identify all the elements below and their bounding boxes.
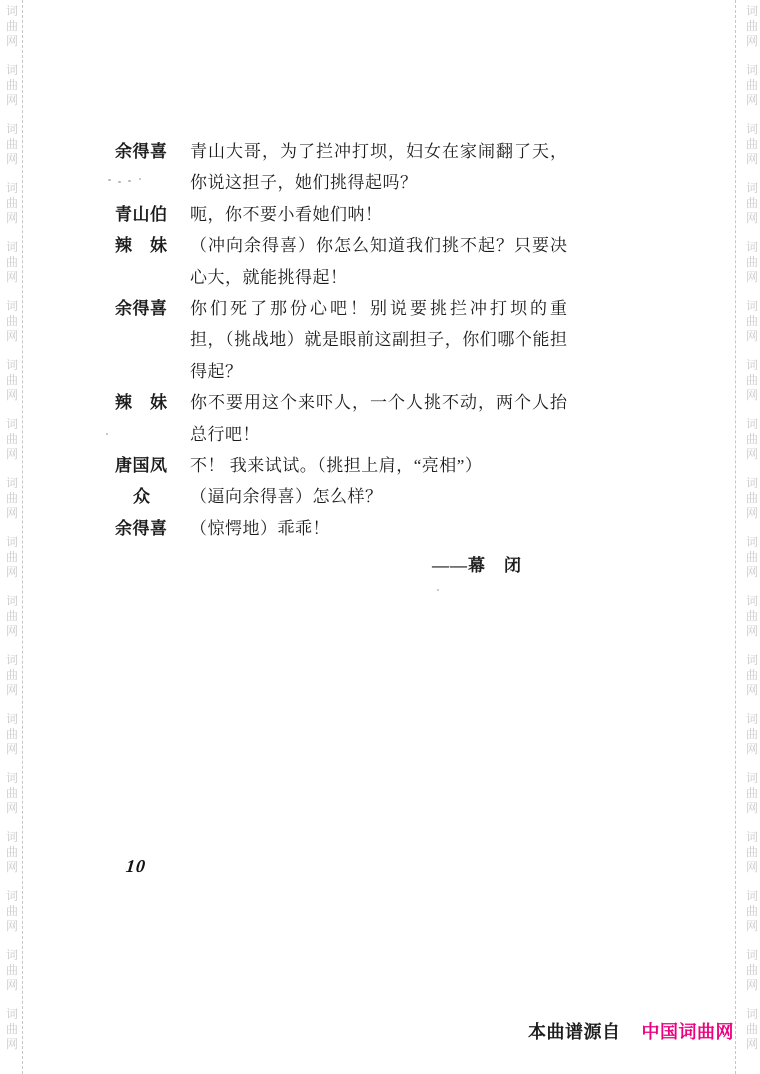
watermark-char: 词	[744, 299, 760, 314]
watermark-group: 词曲网	[4, 299, 20, 344]
watermark-char: 曲	[744, 609, 760, 624]
watermark-char: 词	[4, 417, 20, 432]
watermark-char: 词	[744, 4, 760, 19]
watermark-char: 网	[4, 447, 20, 462]
watermark-char: 网	[4, 1037, 20, 1052]
watermark-char: 网	[744, 1037, 760, 1052]
watermark-char: 曲	[4, 19, 20, 34]
watermark-char: 网	[744, 506, 760, 521]
watermark-group: 词曲网	[744, 122, 760, 167]
watermark-char: 网	[4, 683, 20, 698]
watermark-char: 词	[744, 948, 760, 963]
watermark-group: 词曲网	[744, 63, 760, 108]
footer-source: 本曲谱源自 中国词曲网	[528, 1019, 734, 1045]
dialogue-line: 不！ 我来试试。（挑担上肩，“亮相”）	[190, 450, 567, 481]
watermark-group: 词曲网	[744, 712, 760, 757]
watermark-char: 网	[744, 978, 760, 993]
watermark-char: 曲	[744, 1022, 760, 1037]
watermark-char: 曲	[4, 255, 20, 270]
watermark-group: 词曲网	[4, 122, 20, 167]
watermark-group: 词曲网	[4, 181, 20, 226]
watermark-char: 曲	[744, 196, 760, 211]
script-row: 辣 妹 （冲向余得喜）你怎么知道我们挑不起？只要决 心大，就能挑得起！	[115, 230, 567, 293]
watermark-char: 曲	[744, 137, 760, 152]
watermark-char: 词	[744, 63, 760, 78]
dialogue-line: 呃，你不要小看她们呐！	[190, 199, 567, 230]
watermark-char: 词	[4, 1007, 20, 1022]
watermark-char: 词	[744, 240, 760, 255]
watermark-group: 词曲网	[744, 299, 760, 344]
watermark-char: 曲	[744, 255, 760, 270]
trim-line-right	[735, 0, 736, 1074]
watermark-group: 词曲网	[4, 830, 20, 875]
scan-speck	[437, 589, 439, 591]
watermark-group: 词曲网	[744, 594, 760, 639]
watermark-char: 网	[4, 211, 20, 226]
watermark-char: 词	[4, 122, 20, 137]
watermark-char: 网	[744, 329, 760, 344]
character-name: 辣 妹	[115, 230, 168, 261]
watermark-char: 曲	[4, 137, 20, 152]
watermark-char: 网	[744, 34, 760, 49]
script-row: 余得喜 你们死了那份心吧！别说要挑拦冲打坝的重 担，（挑战地）就是眼前这副担子，…	[115, 293, 567, 387]
dialogue-block: 不！ 我来试试。（挑担上肩，“亮相”）	[190, 450, 567, 481]
watermark-char: 曲	[744, 963, 760, 978]
watermark-group: 词曲网	[4, 1007, 20, 1052]
watermark-char: 曲	[744, 550, 760, 565]
dialogue-line: 担，（挑战地）就是眼前这副担子，你们哪个能担	[190, 324, 567, 355]
watermark-char: 曲	[4, 727, 20, 742]
watermark-char: 词	[4, 948, 20, 963]
watermark-char: 词	[4, 181, 20, 196]
watermark-char: 词	[744, 653, 760, 668]
watermark-char: 曲	[744, 19, 760, 34]
watermark-char: 网	[4, 34, 20, 49]
trim-line-left	[22, 0, 23, 1074]
page-number: 10	[125, 856, 147, 877]
watermark-group: 词曲网	[4, 948, 20, 993]
watermark-char: 网	[4, 742, 20, 757]
watermark-char: 词	[4, 299, 20, 314]
watermark-column-left: 词曲网词曲网词曲网词曲网词曲网词曲网词曲网词曲网词曲网词曲网词曲网词曲网词曲网词…	[4, 4, 20, 1066]
watermark-char: 词	[4, 358, 20, 373]
watermark-char: 曲	[4, 550, 20, 565]
watermark-char: 网	[744, 860, 760, 875]
character-name: 余得喜	[115, 293, 168, 324]
watermark-group: 词曲网	[4, 594, 20, 639]
watermark-group: 词曲网	[744, 948, 760, 993]
dialogue-block: （惊愕地）乖乖！	[190, 513, 567, 544]
watermark-char: 词	[744, 417, 760, 432]
watermark-char: 词	[4, 476, 20, 491]
watermark-group: 词曲网	[744, 771, 760, 816]
script-row: 青山伯 呃，你不要小看她们呐！	[115, 199, 567, 230]
dialogue-line: 心大，就能挑得起！	[190, 262, 567, 293]
watermark-char: 词	[4, 712, 20, 727]
dialogue-line: 得起？	[190, 356, 567, 387]
scan-speck	[106, 433, 108, 435]
dialogue-line: 你们死了那份心吧！别说要挑拦冲打坝的重	[190, 293, 567, 324]
watermark-char: 曲	[744, 904, 760, 919]
watermark-char: 网	[4, 93, 20, 108]
watermark-char: 网	[4, 624, 20, 639]
watermark-char: 网	[4, 801, 20, 816]
dialogue-block: 你们死了那份心吧！别说要挑拦冲打坝的重 担，（挑战地）就是眼前这副担子，你们哪个…	[190, 293, 567, 387]
character-name: 辣 妹	[115, 387, 168, 418]
character-name: 唐国凤	[115, 450, 168, 481]
watermark-group: 词曲网	[744, 535, 760, 580]
watermark-char: 词	[744, 830, 760, 845]
watermark-group: 词曲网	[744, 358, 760, 403]
watermark-group: 词曲网	[4, 653, 20, 698]
watermark-char: 网	[4, 919, 20, 934]
watermark-char: 网	[4, 329, 20, 344]
watermark-char: 曲	[4, 668, 20, 683]
watermark-char: 曲	[744, 78, 760, 93]
watermark-char: 曲	[4, 432, 20, 447]
watermark-group: 词曲网	[4, 4, 20, 49]
script-row: 唐国凤 不！ 我来试试。（挑担上肩，“亮相”）	[115, 450, 567, 481]
watermark-char: 词	[4, 830, 20, 845]
watermark-char: 曲	[4, 373, 20, 388]
watermark-char: 曲	[4, 904, 20, 919]
script-row: 众 （逼向余得喜）怎么样？	[115, 481, 567, 512]
watermark-char: 曲	[4, 963, 20, 978]
watermark-char: 曲	[4, 845, 20, 860]
character-name: 余得喜	[115, 513, 168, 544]
watermark-char: 网	[744, 919, 760, 934]
watermark-char: 词	[4, 63, 20, 78]
watermark-char: 网	[744, 93, 760, 108]
watermark-char: 网	[4, 565, 20, 580]
watermark-group: 词曲网	[744, 476, 760, 521]
watermark-char: 词	[4, 4, 20, 19]
watermark-char: 词	[4, 240, 20, 255]
dialogue-block: （冲向余得喜）你怎么知道我们挑不起？只要决 心大，就能挑得起！	[190, 230, 567, 293]
watermark-char: 词	[744, 122, 760, 137]
watermark-char: 词	[744, 771, 760, 786]
watermark-group: 词曲网	[4, 476, 20, 521]
watermark-char: 词	[4, 889, 20, 904]
watermark-char: 网	[744, 152, 760, 167]
watermark-char: 词	[4, 594, 20, 609]
watermark-char: 曲	[744, 668, 760, 683]
dialogue-line: 你不要用这个来吓人，一个人挑不动，两个人抬	[190, 387, 567, 418]
watermark-group: 词曲网	[744, 181, 760, 226]
watermark-group: 词曲网	[4, 771, 20, 816]
watermark-char: 网	[744, 742, 760, 757]
watermark-group: 词曲网	[4, 240, 20, 285]
watermark-char: 曲	[744, 491, 760, 506]
watermark-char: 网	[744, 447, 760, 462]
curtain-close-direction: ——幕 闭	[115, 550, 567, 581]
watermark-char: 网	[4, 152, 20, 167]
watermark-char: 词	[744, 358, 760, 373]
watermark-group: 词曲网	[744, 830, 760, 875]
dialogue-block: 青山大哥，为了拦冲打坝，妇女在家闹翻了天， 你说这担子，她们挑得起吗？	[190, 136, 567, 199]
script-row: 余得喜 青山大哥，为了拦冲打坝，妇女在家闹翻了天， 你说这担子，她们挑得起吗？	[115, 136, 567, 199]
dialogue-line: 你说这担子，她们挑得起吗？	[190, 167, 567, 198]
watermark-char: 词	[744, 1007, 760, 1022]
script-row: 余得喜 （惊愕地）乖乖！	[115, 513, 567, 544]
watermark-char: 网	[744, 683, 760, 698]
watermark-char: 曲	[744, 727, 760, 742]
scan-speck	[108, 179, 111, 181]
character-name: 青山伯	[115, 199, 168, 230]
watermark-char: 曲	[744, 373, 760, 388]
watermark-char: 曲	[4, 196, 20, 211]
watermark-group: 词曲网	[744, 653, 760, 698]
dialogue-block: （逼向余得喜）怎么样？	[190, 481, 567, 512]
scan-speck	[128, 180, 131, 182]
watermark-char: 曲	[4, 314, 20, 329]
watermark-char: 词	[4, 653, 20, 668]
watermark-char: 曲	[4, 786, 20, 801]
watermark-group: 词曲网	[744, 240, 760, 285]
footer-source-prefix: 本曲谱源自	[528, 1019, 621, 1045]
dialogue-line: 青山大哥，为了拦冲打坝，妇女在家闹翻了天，	[190, 136, 567, 167]
watermark-char: 网	[4, 506, 20, 521]
watermark-char: 网	[744, 388, 760, 403]
watermark-group: 词曲网	[744, 889, 760, 934]
watermark-group: 词曲网	[744, 417, 760, 462]
character-name: 众	[115, 481, 168, 512]
watermark-group: 词曲网	[4, 63, 20, 108]
watermark-column-right: 词曲网词曲网词曲网词曲网词曲网词曲网词曲网词曲网词曲网词曲网词曲网词曲网词曲网词…	[744, 4, 760, 1066]
watermark-char: 词	[744, 889, 760, 904]
watermark-char: 曲	[4, 491, 20, 506]
watermark-char: 曲	[744, 432, 760, 447]
watermark-char: 曲	[744, 786, 760, 801]
dialogue-line: （惊愕地）乖乖！	[190, 513, 567, 544]
watermark-group: 词曲网	[4, 535, 20, 580]
watermark-group: 词曲网	[744, 4, 760, 49]
watermark-char: 曲	[4, 609, 20, 624]
watermark-char: 曲	[744, 845, 760, 860]
watermark-group: 词曲网	[4, 358, 20, 403]
footer-brand-name: 中国词曲网	[642, 1019, 735, 1045]
watermark-char: 网	[4, 270, 20, 285]
watermark-char: 网	[744, 801, 760, 816]
character-name: 余得喜	[115, 136, 168, 167]
watermark-char: 词	[4, 771, 20, 786]
watermark-group: 词曲网	[4, 712, 20, 757]
watermark-char: 网	[4, 860, 20, 875]
watermark-char: 网	[744, 211, 760, 226]
watermark-char: 网	[4, 388, 20, 403]
watermark-char: 网	[4, 978, 20, 993]
script-body: 余得喜 青山大哥，为了拦冲打坝，妇女在家闹翻了天， 你说这担子，她们挑得起吗？ …	[115, 136, 567, 582]
watermark-char: 词	[744, 476, 760, 491]
watermark-char: 网	[744, 270, 760, 285]
watermark-char: 词	[4, 535, 20, 550]
scan-speck	[118, 181, 121, 183]
watermark-char: 曲	[4, 1022, 20, 1037]
watermark-char: 曲	[744, 314, 760, 329]
dialogue-line: 总行吧！	[190, 419, 567, 450]
watermark-char: 词	[744, 535, 760, 550]
watermark-group: 词曲网	[4, 889, 20, 934]
script-row: 辣 妹 你不要用这个来吓人，一个人挑不动，两个人抬 总行吧！	[115, 387, 567, 450]
watermark-group: 词曲网	[744, 1007, 760, 1052]
scan-speck	[139, 178, 141, 180]
dialogue-block: 你不要用这个来吓人，一个人挑不动，两个人抬 总行吧！	[190, 387, 567, 450]
watermark-char: 词	[744, 181, 760, 196]
dialogue-line: （冲向余得喜）你怎么知道我们挑不起？只要决	[190, 230, 567, 261]
watermark-group: 词曲网	[4, 417, 20, 462]
watermark-char: 曲	[4, 78, 20, 93]
watermark-char: 词	[744, 594, 760, 609]
dialogue-block: 呃，你不要小看她们呐！	[190, 199, 567, 230]
watermark-char: 网	[744, 624, 760, 639]
watermark-char: 词	[744, 712, 760, 727]
dialogue-line: （逼向余得喜）怎么样？	[190, 481, 567, 512]
watermark-char: 网	[744, 565, 760, 580]
